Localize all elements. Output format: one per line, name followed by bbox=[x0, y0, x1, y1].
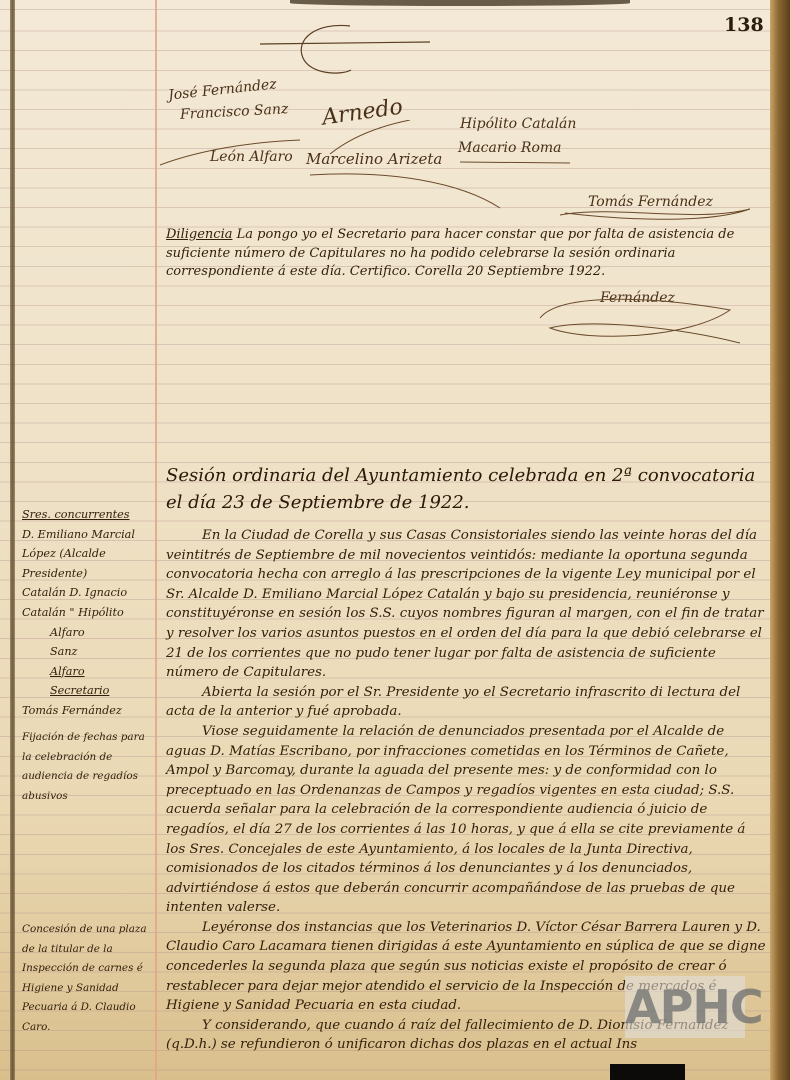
margin-rule bbox=[155, 0, 157, 1080]
page-number: 138 bbox=[724, 14, 764, 36]
flourish-icon bbox=[255, 18, 435, 78]
watermark-logo: APHC bbox=[625, 976, 745, 1038]
top-shadow bbox=[290, 0, 630, 6]
attendee: Sanz bbox=[22, 642, 152, 662]
paragraph-denunciados: Viose seguidamente la relación de denunc… bbox=[166, 722, 766, 918]
page-edge bbox=[770, 0, 790, 1080]
attendee: Catalán D. Ignacio bbox=[22, 583, 152, 603]
margin-note-plaza: Concesión de una plaza de la titular de … bbox=[22, 920, 152, 1038]
session-title-line-1: Sesión ordinaria del Ayuntamiento celebr… bbox=[166, 462, 766, 489]
paragraph-opening: En la Ciudad de Corella y sus Casas Cons… bbox=[166, 526, 766, 683]
attendee: D. Emiliano Marcial bbox=[22, 525, 152, 545]
secretary-flourish-icon bbox=[530, 288, 750, 348]
signature-flourish-icon bbox=[160, 120, 580, 220]
document-page: 138 José Fernández Francisco Sanz Arnedo… bbox=[0, 0, 790, 1080]
session-title: Sesión ordinaria del Ayuntamiento celebr… bbox=[166, 462, 766, 516]
margin-note-audiencia: Fijación de fechas para la celebración d… bbox=[22, 728, 152, 806]
diligencia-block: Diligencia La pongo yo el Secretario par… bbox=[166, 226, 766, 282]
attendee: Alfaro bbox=[22, 623, 152, 643]
session-title-line-2: el día 23 de Septiembre de 1922. bbox=[166, 489, 766, 516]
attendee: Tomás Fernández bbox=[22, 701, 152, 721]
attendee: Catalán " Hipólito bbox=[22, 603, 152, 623]
diligencia-text: La pongo yo el Secretario para hacer con… bbox=[166, 227, 734, 279]
attendees-margin: Sres. concurrentes D. Emiliano Marcial L… bbox=[22, 505, 152, 721]
paragraph-acta: Abierta la sesión por el Sr. Presidente … bbox=[166, 683, 766, 722]
book-spine bbox=[10, 0, 15, 1080]
diligencia-label: Diligencia bbox=[166, 227, 232, 242]
signature-flourish-icon bbox=[555, 195, 755, 225]
attendee: Alfaro bbox=[22, 662, 152, 682]
bottom-tab bbox=[610, 1064, 685, 1080]
attendees-heading: Sres. concurrentes bbox=[22, 505, 152, 525]
attendee: Secretario bbox=[22, 681, 152, 701]
attendee: López (Alcalde Presidente) bbox=[22, 544, 152, 583]
